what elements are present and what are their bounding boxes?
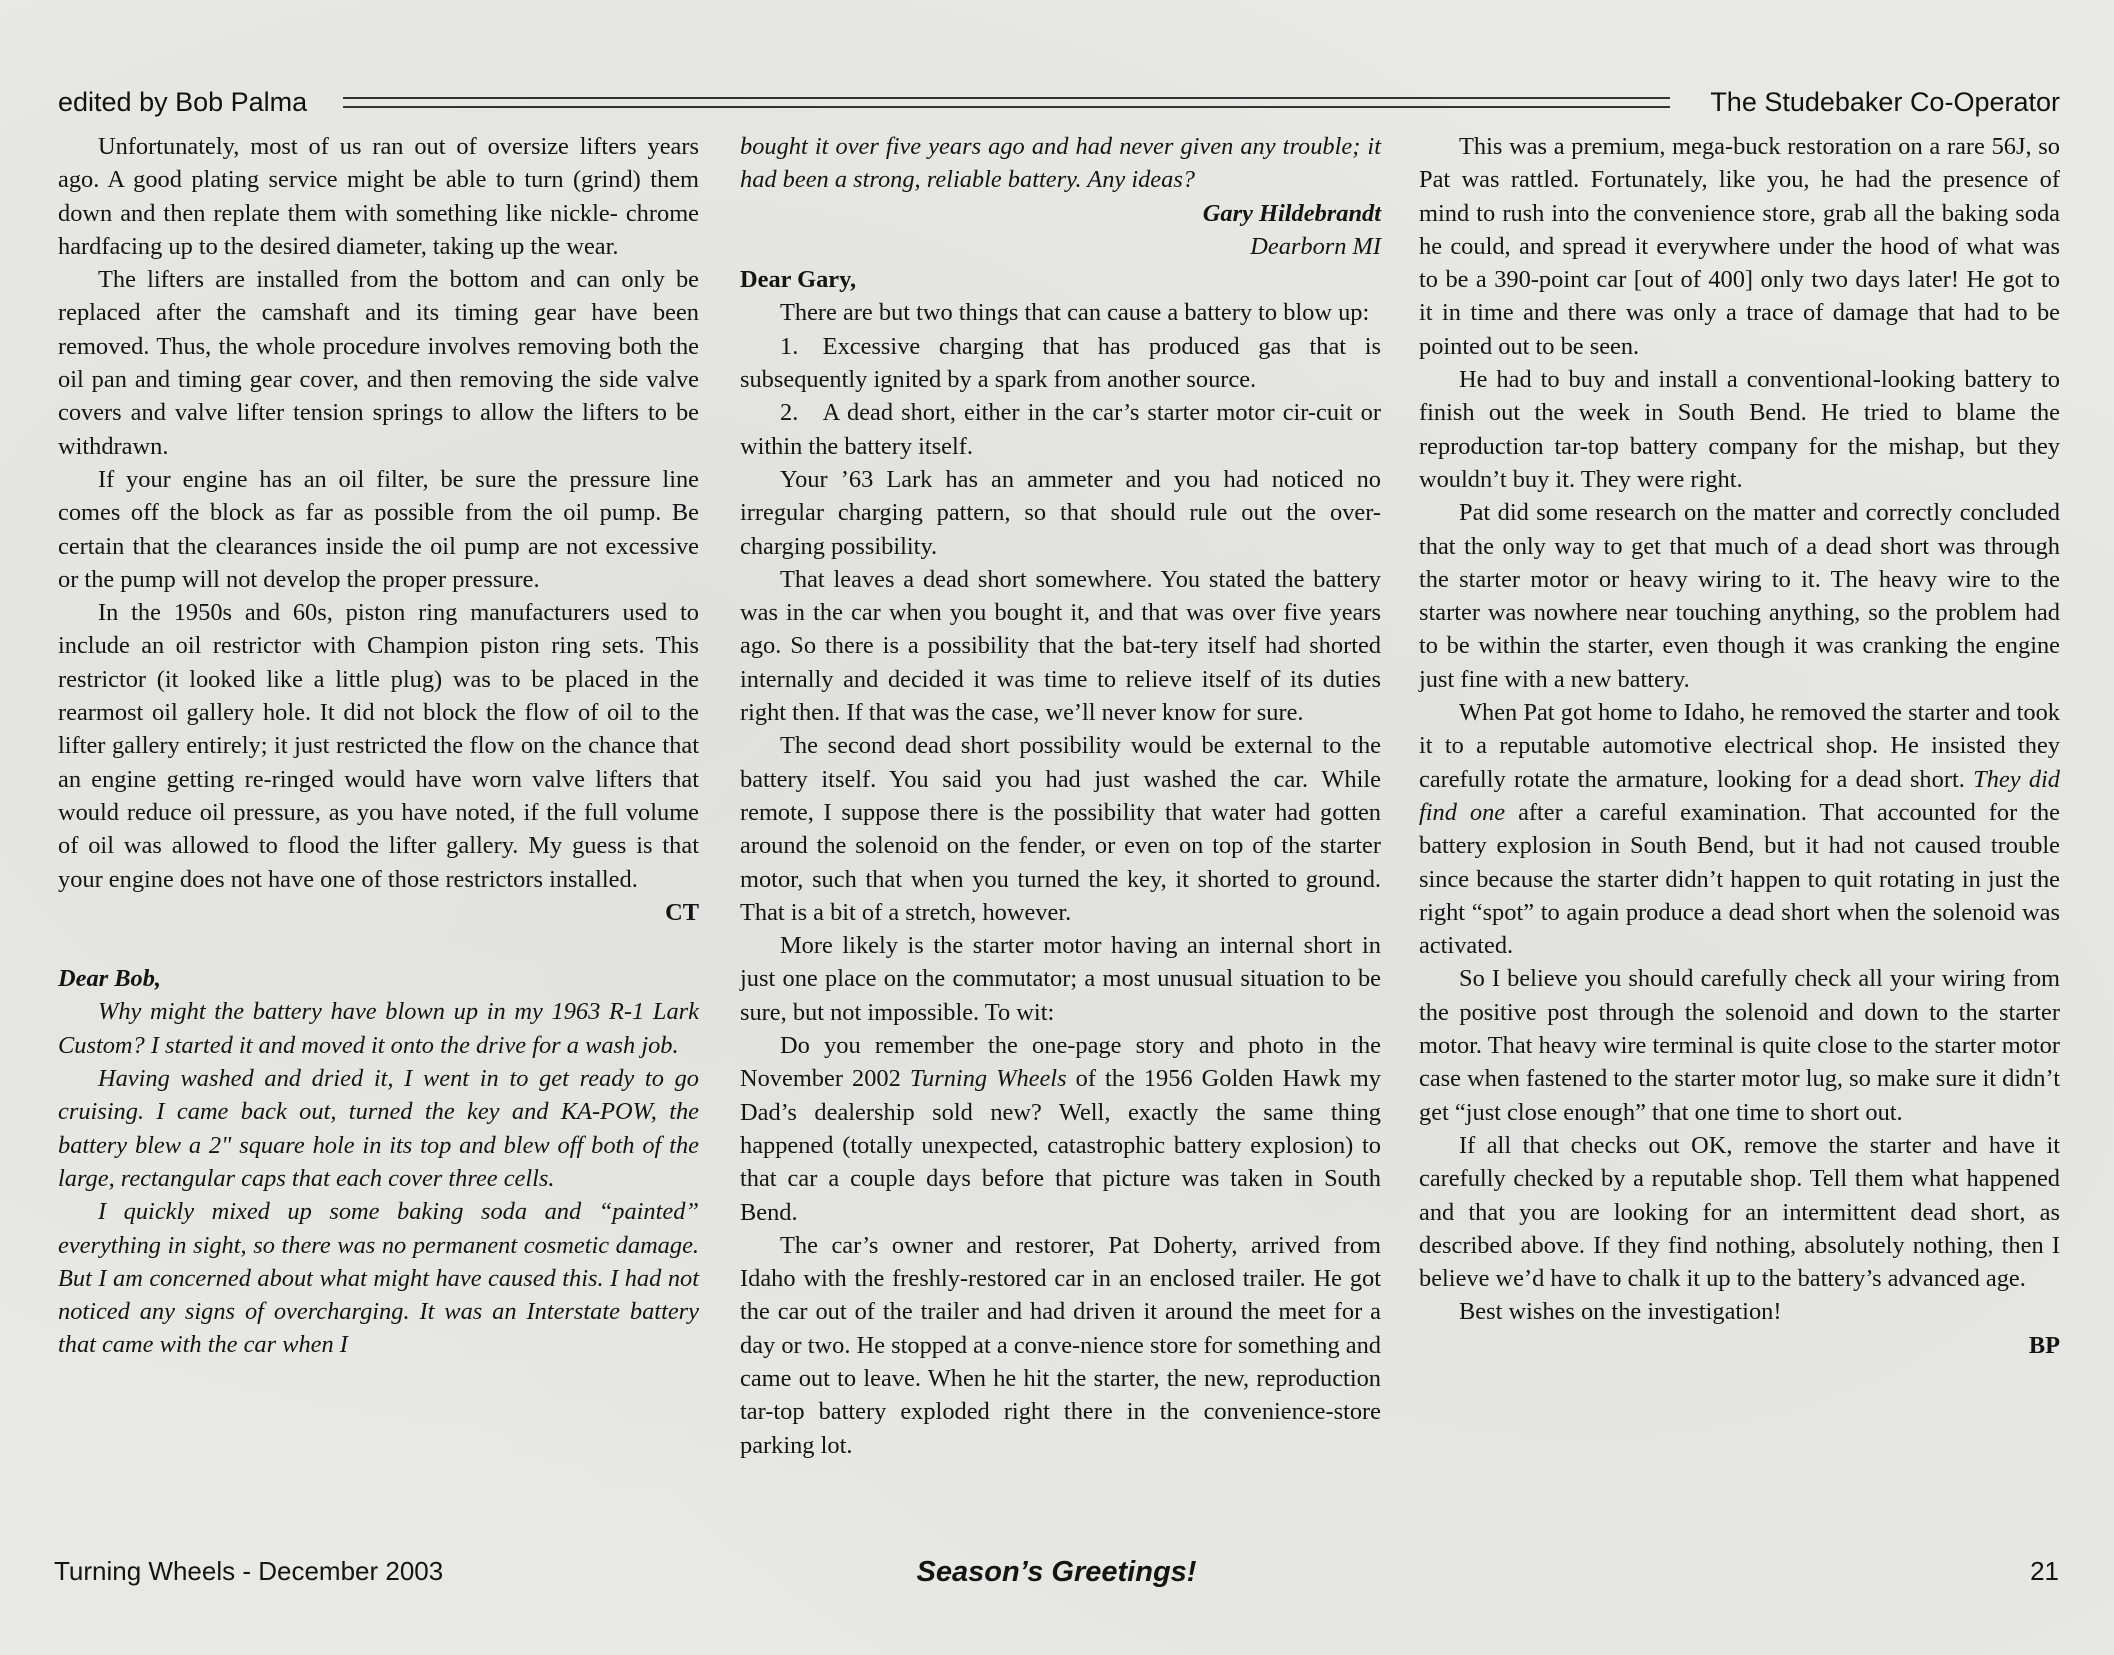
letter-salutation: Dear Bob,	[58, 962, 699, 995]
paragraph: The second dead short possibility would …	[740, 729, 1381, 929]
paragraph: He had to buy and install a conventional…	[1419, 363, 2060, 496]
paragraph: The car’s owner and restorer, Pat Dohert…	[740, 1229, 1381, 1462]
paragraph: If all that checks out OK, remove the st…	[1419, 1129, 2060, 1295]
letter-location: Dearborn MI	[740, 230, 1381, 263]
page-number: 21	[2030, 1556, 2059, 1587]
paragraph: Your ’63 Lark has an ammeter and you had…	[740, 463, 1381, 563]
paragraph: So I believe you should carefully check …	[1419, 962, 2060, 1128]
signature-ct: CT	[58, 896, 699, 929]
paragraph: In the 1950s and 60s, piston ring manufa…	[58, 596, 699, 896]
paragraph: There are but two things that can cause …	[740, 296, 1381, 329]
paragraph: More likely is the starter motor having …	[740, 929, 1381, 1029]
paragraph: Do you remember the one-page story and p…	[740, 1029, 1381, 1229]
paragraph: That leaves a dead short somewhere. You …	[740, 563, 1381, 729]
letter-paragraph: Why might the battery have blown up in m…	[58, 995, 699, 1062]
column-2: bought it over five years ago and had ne…	[740, 130, 1381, 1462]
spacer	[58, 929, 699, 962]
editor-credit: edited by Bob Palma	[58, 87, 307, 118]
list-item: 2. A dead short, either in the car’s sta…	[740, 396, 1381, 463]
paragraph: Unfortunately, most of us ran out of ove…	[58, 130, 699, 263]
list-item: 1. Excessive charging that has produced …	[740, 330, 1381, 397]
text: When Pat got home to Idaho, he removed t…	[1419, 699, 2060, 793]
text: after a careful examination. That accoun…	[1419, 799, 2060, 959]
page-header: edited by Bob Palma The Studebaker Co-Op…	[58, 82, 2060, 122]
paragraph: Pat did some research on the matter and …	[1419, 496, 2060, 696]
header-double-rule	[343, 97, 1670, 108]
paragraph: When Pat got home to Idaho, he removed t…	[1419, 696, 2060, 962]
letter-paragraph: bought it over five years ago and had ne…	[740, 130, 1381, 197]
letter-paragraph: I quickly mixed up some baking soda and …	[58, 1195, 699, 1361]
paragraph: The lifters are installed from the botto…	[58, 263, 699, 463]
letter-author: Gary Hildebrandt	[740, 197, 1381, 230]
paragraph: Best wishes on the investigation!	[1419, 1295, 2060, 1328]
letter-paragraph: Having washed and dried it, I went in to…	[58, 1062, 699, 1195]
magazine-page: edited by Bob Palma The Studebaker Co-Op…	[0, 0, 2114, 1655]
seasons-greetings: Season’s Greetings!	[54, 1556, 2059, 1589]
paragraph: If your engine has an oil filter, be sur…	[58, 463, 699, 596]
signature-bp: BP	[1419, 1329, 2060, 1362]
reply-salutation: Dear Gary,	[740, 263, 1381, 296]
column-title: The Studebaker Co-Operator	[1710, 87, 2060, 118]
publication-title: Turning Wheels	[910, 1065, 1067, 1092]
paragraph: This was a premium, mega-buck restoratio…	[1419, 130, 2060, 363]
column-1: Unfortunately, most of us ran out of ove…	[58, 130, 699, 1362]
page-footer: Turning Wheels - December 2003 Season’s …	[54, 1556, 2059, 1596]
column-3: This was a premium, mega-buck restoratio…	[1419, 130, 2060, 1362]
